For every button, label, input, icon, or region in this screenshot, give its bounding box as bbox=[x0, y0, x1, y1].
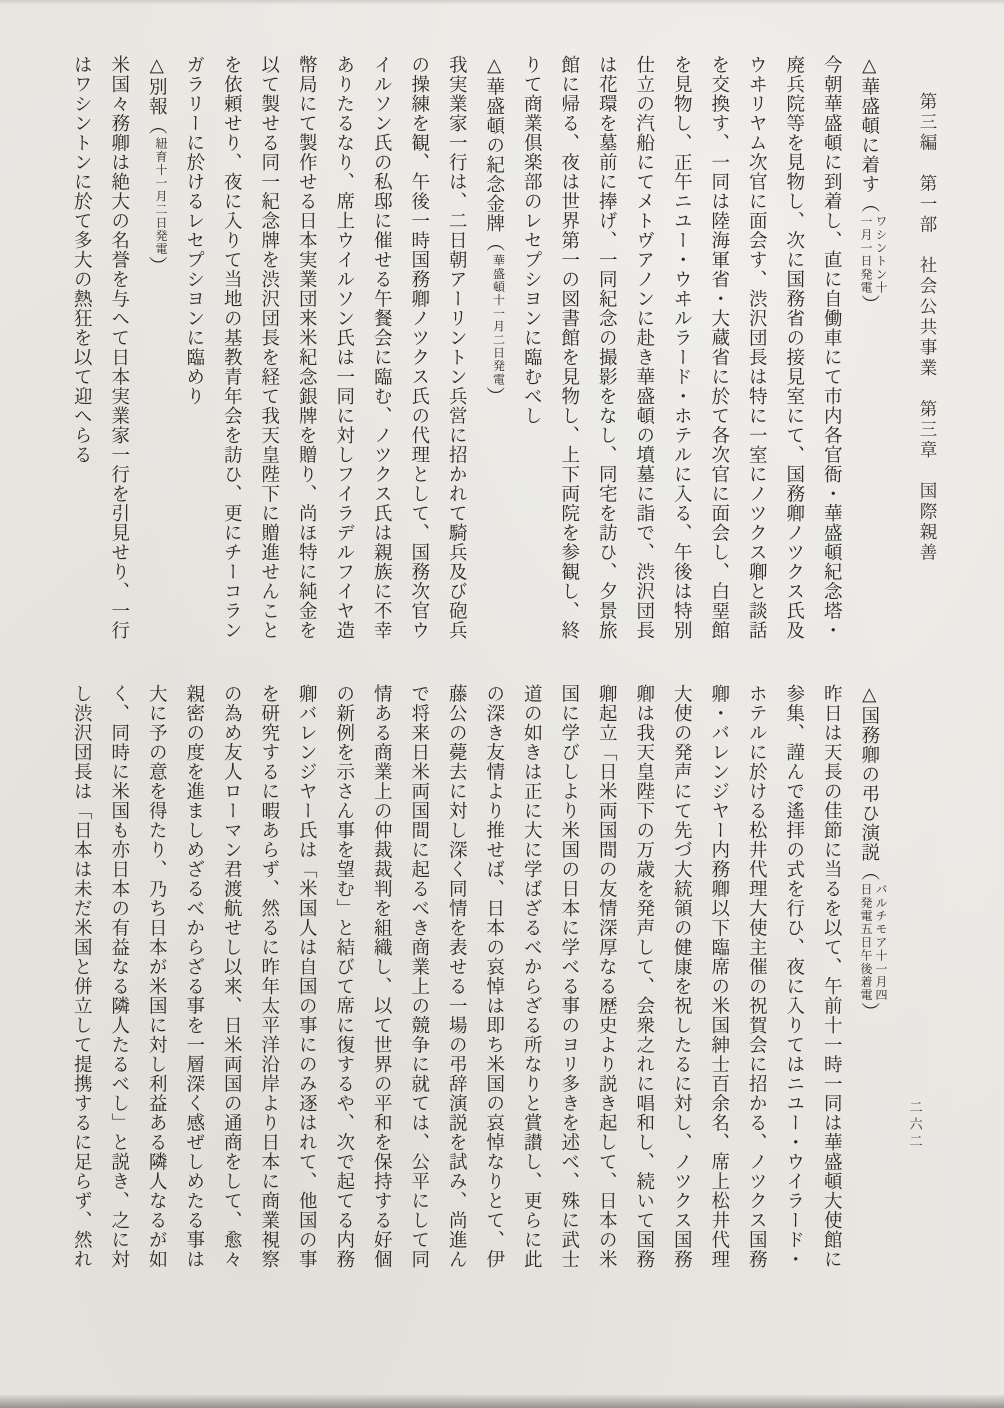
dateline-line: バルチモア十一月四 bbox=[873, 883, 888, 1002]
text-column: イルソン氏の私邸に催せる午餐会に臨む、ノツクス氏は親族に不幸 bbox=[362, 55, 400, 649]
text-column: 幣局にて製作せる日本実業団来米紀念銀牌を贈り、尚ほ特に純金を bbox=[287, 55, 325, 649]
text-column: を研究するに暇あらず、然るに昨年太平洋沿岸より日本に商業視察 bbox=[249, 684, 287, 1278]
text-column: し渋沢団長は「日本は未だ米国と併立して提携するに足らず、然れ bbox=[62, 684, 100, 1278]
text-column: 卿は我天皇陛下の万歳を発声して、会衆之れに唱和し、続いて国務 bbox=[624, 684, 662, 1278]
text-column: はワシントンに於て多大の熱狂を以て迎へらる bbox=[62, 55, 100, 649]
section-title: △国務卿の弔ひ演説 bbox=[859, 684, 879, 862]
text-column: 廃兵院等を見物し、次に国務省の接見室にて、国務卿ノツクス氏及 bbox=[774, 55, 812, 649]
section-title: △華盛頓の紀念金牌 bbox=[484, 55, 504, 233]
text-column: 道の如きは正に大に学ばざるべからざる所なりと賞讃し、更らに此 bbox=[512, 684, 550, 1278]
section-title: △別報 bbox=[146, 55, 166, 116]
text-column: を依頼せり、夜に入りて当地の基教青年会を訪ひ、更にチーコラン bbox=[212, 55, 250, 649]
text-column: を見物し、正午ニユー・ウヰルラード・ホテルに入る、午後は特別 bbox=[662, 55, 700, 649]
text-column: 今朝華盛頓に到着し、直に自働車にて市内各官衙・華盛頓紀念塔・ bbox=[812, 55, 850, 649]
text-column: 仕立の汽船にてメトヴアノンに赴き華盛頓の墳墓に詣で、渋沢団長 bbox=[624, 55, 662, 649]
text-column: を交換す、一同は陸海軍省・大蔵省に於て各次官に面会し、白堊館 bbox=[699, 55, 737, 649]
text-column: 我実業家一行は、二日朝アーリントン兵営に招かれて騎兵及び砲兵 bbox=[437, 55, 475, 649]
section-dateline: ワシントン十一月一日発電 bbox=[858, 215, 888, 294]
text-column: の操練を観、午後一時国務卿ノツクス氏の代理として、国務次官ウ bbox=[399, 55, 437, 649]
text-block-upper: △華盛頓に着す（ワシントン十一月一日発電）今朝華盛頓に到着し、直に自働車にて市内… bbox=[62, 55, 888, 649]
text-column: 卿起立「日米両国間の友情深厚なる歴史より説き起して、日本の米 bbox=[587, 684, 625, 1278]
text-column: の為め友人ローマン君渡航せし以来、日米両国の通商をして、愈々 bbox=[212, 684, 250, 1278]
text-column: の新例を示さん事を望む」と結びて席に復するや、次で起てる内務 bbox=[324, 684, 362, 1278]
text-column: 以て製せる同一紀念牌を渋沢団長を経て我天皇陛下に贈進せんこと bbox=[249, 55, 287, 649]
section-heading: △別報（紐育十一月二日発電） bbox=[137, 55, 175, 649]
dateline-line: 一月一日発電 bbox=[858, 215, 873, 294]
text-column: 情ある商業上の仲裁裁判を組織し、以て世界の平和を保持する好個 bbox=[362, 684, 400, 1278]
section-dateline: 紐育十一月二日発電 bbox=[153, 137, 168, 256]
text-column: ガラリーに於けるレセプシヨンに臨めり bbox=[174, 55, 212, 649]
text-column: りて商業倶楽部のレセプシヨンに臨むべし bbox=[512, 55, 550, 649]
text-column: く、同時に米国も亦日本の有益なる隣人たるべし」と説き、之に対 bbox=[99, 684, 137, 1278]
text-column: ありたるなり、席上ウイルソン氏は一同に対しフイラデルフイヤ造 bbox=[324, 55, 362, 649]
page-edge-bottom bbox=[0, 1395, 1004, 1408]
running-head: 第三編 第一部 社会公共事業 第三章 国際親善 bbox=[916, 92, 941, 564]
dateline-line: 華盛頓十一月二日発電 bbox=[491, 254, 506, 386]
page-edge-top bbox=[0, 0, 1004, 5]
text-column: 卿・バレンジヤー内務卿以下臨席の米国紳士百余名、席上松井代理 bbox=[699, 684, 737, 1278]
text-column: 米国々務卿は絶大の名誉を与へて日本実業家一行を引見せり、一行 bbox=[99, 55, 137, 649]
text-column: ウヰリヤム次官に面会す、渋沢団長は特に一室にノツクス卿と談話 bbox=[737, 55, 775, 649]
text-column: 親密の度を進ましめざるべからざる事を一層深く感ぜしめたる事は bbox=[174, 684, 212, 1278]
dateline-line: 日発電五日午後着電 bbox=[858, 883, 873, 1002]
section-heading: △国務卿の弔ひ演説（バルチモア十一月四日発電五日午後着電） bbox=[849, 684, 888, 1278]
page-number: 二六二 bbox=[904, 1100, 924, 1151]
text-column: 館に帰る、夜は世界第一の図書館を見物し、上下両院を参観し、終 bbox=[549, 55, 587, 649]
section-dateline: バルチモア十一月四日発電五日午後着電 bbox=[858, 883, 888, 1002]
section-title: △華盛頓に着す bbox=[859, 55, 879, 194]
section-heading: △華盛頓の紀念金牌（華盛頓十一月二日発電） bbox=[474, 55, 512, 649]
dateline-line: 紐育十一月二日発電 bbox=[153, 137, 168, 256]
dateline-line: ワシントン十 bbox=[873, 215, 888, 294]
text-column: の深き友情より推せば、日本の哀悼は即ち米国の哀悼なりとて、伊 bbox=[474, 684, 512, 1278]
section-heading: △華盛頓に着す（ワシントン十一月一日発電） bbox=[849, 55, 888, 649]
text-column: で将来日米両国間に起るべき商業上の競争に就ては、公平にして同 bbox=[399, 684, 437, 1278]
text-column: 大に予の意を得たり、乃ち日本が米国に対し利益ある隣人なるが如 bbox=[137, 684, 175, 1278]
text-column: 国に学びしより米国の日本に学べる事のヨリ多きを述べ、殊に武士 bbox=[549, 684, 587, 1278]
text-column: 藤公の薨去に対し深く同情を表せる一場の弔辞演説を試み、尚進ん bbox=[437, 684, 475, 1278]
text-column: 大使の発声にて先づ大統領の健康を祝したるに対し、ノツクス国務 bbox=[662, 684, 700, 1278]
section-dateline: 華盛頓十一月二日発電 bbox=[491, 254, 506, 386]
text-column: ホテルに於ける松井代理大使主催の祝賀会に招かる、ノツクス国務 bbox=[737, 684, 775, 1278]
text-column: は花環を墓前に捧げ、一同紀念の撮影をなし、同宅を訪ひ、夕景旅 bbox=[587, 55, 625, 649]
text-column: 昨日は天長の佳節に当るを以て、午前十一時一同は華盛頓大使館に bbox=[812, 684, 850, 1278]
text-column: 卿バレンジヤー氏は「米国人は自国の事にのみ逐はれて、他国の事 bbox=[287, 684, 325, 1278]
text-column: 参集、謹んで遙拝の式を行ひ、夜に入りてはニユー・ウイラード・ bbox=[774, 684, 812, 1278]
text-block-lower: △国務卿の弔ひ演説（バルチモア十一月四日発電五日午後着電）昨日は天長の佳節に当る… bbox=[62, 684, 888, 1278]
scanned-book-page: 第三編 第一部 社会公共事業 第三章 国際親善 二六二 △華盛頓に着す（ワシント… bbox=[0, 0, 1004, 1408]
